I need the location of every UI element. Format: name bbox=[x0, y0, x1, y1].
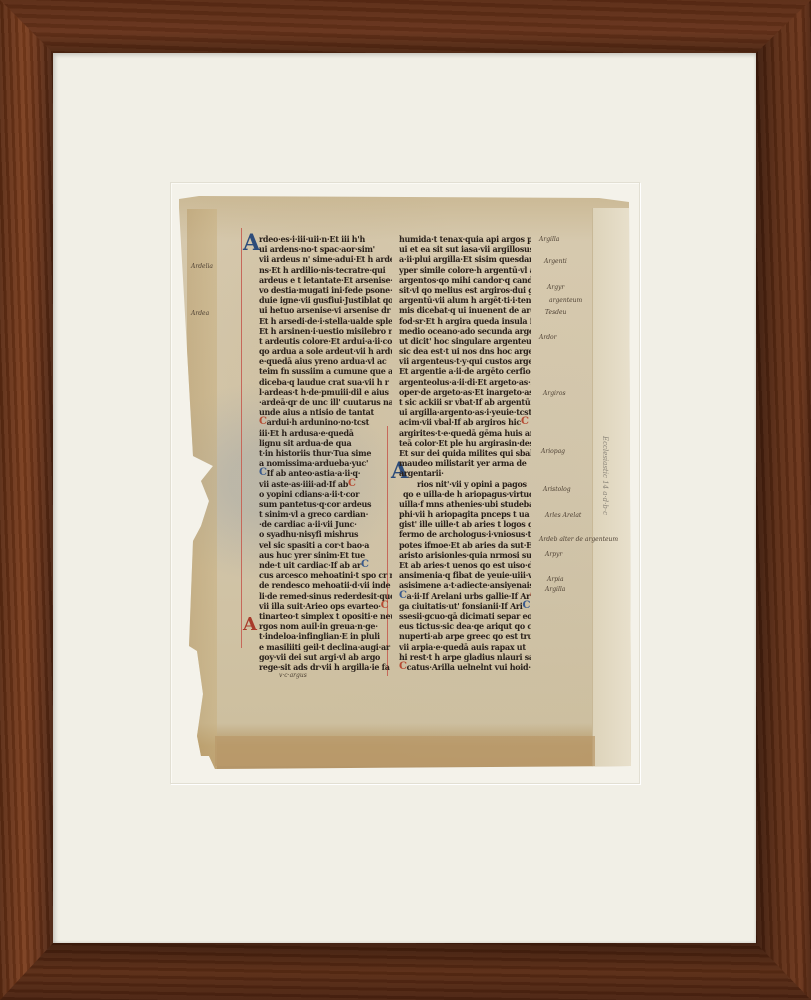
text-line: Cardui·h ardunino·no·tcst bbox=[259, 417, 392, 427]
mat-board: A A A rdeo·es·i·iii·uii·n·Et iii h'h ui … bbox=[53, 53, 756, 943]
text-line: t·indeloa·infinglian·E in pluli bbox=[259, 631, 392, 641]
margin-note: Ariopag bbox=[541, 448, 565, 455]
margin-note-left: Ardelia bbox=[191, 263, 213, 270]
margin-note: Argilla bbox=[545, 586, 565, 593]
leaf-left-stain bbox=[187, 209, 217, 769]
text-line: hi rest·t h arpe gladius nlauri sal bbox=[399, 652, 531, 662]
text-line: ui et ea sit sut iasa·vii argillosus bbox=[399, 244, 531, 254]
text-line: a nomissima·ardueba·yuc' bbox=[259, 458, 392, 468]
text-line: Et sur dei quida milites qui sbale bbox=[399, 448, 531, 458]
text-line: e masiliiti geil·t declina·augi·ar bbox=[259, 642, 392, 652]
text-line: diceba·q laudue crat sua·vii h r bbox=[259, 377, 392, 387]
text-line: vii illa suit·Arieo ops evarteo·C bbox=[259, 601, 392, 611]
text-line: Ca·ii·If Arelani urbs gallie·If ArC bbox=[399, 591, 531, 601]
pilcrow-red-icon: C bbox=[530, 591, 531, 600]
frame-left-rail bbox=[0, 0, 53, 1000]
initial-a-left: A bbox=[243, 232, 260, 254]
margin-note: Ardor bbox=[539, 334, 557, 341]
text-line: ui ardens·no·t spac·aor·sim' bbox=[259, 244, 392, 254]
text-line: Et argentie a·ii·de argēto cerfio·vii bbox=[399, 366, 531, 376]
text-line: tinarteo·t simplex t opositi·e neut· bbox=[259, 611, 392, 621]
text-line: vii arpia·e·quedā auis rapax ut bbox=[399, 642, 531, 652]
pilcrow-red-icon: C bbox=[259, 417, 267, 426]
text-line: cus arcesco mehoatini·t spo cr re·t bbox=[259, 570, 392, 580]
text-line: ansimenia·q fibat de yeuie·uiii·vii bbox=[399, 570, 531, 580]
text-line: argentarii· bbox=[399, 468, 531, 478]
pilcrow-blue-icon: C bbox=[259, 468, 267, 477]
margin-note: Arpyr bbox=[545, 551, 562, 558]
text-line: ·de cardiac a·ii·vii Junc· bbox=[259, 519, 392, 529]
mat-window: A A A rdeo·es·i·iii·uii·n·Et iii h'h ui … bbox=[170, 182, 640, 784]
manuscript-leaf: A A A rdeo·es·i·iii·uii·n·Et iii h'h ui … bbox=[179, 196, 631, 769]
text-line: ui argilla·argento·as·i·yeuie·tcst bbox=[399, 407, 531, 417]
note-below-left-column: v·c·argus bbox=[279, 672, 307, 679]
text-line: argirites·t·e·quedā gēma huis argē bbox=[399, 428, 531, 438]
text-line: argenteolus·a·ii·di·Et argeto·as·Et bbox=[399, 377, 531, 387]
text-line: vel sic spasiti a cor·t bao·a bbox=[259, 540, 392, 550]
text-line: o yopini cdians·a·ii·t·cor bbox=[259, 489, 392, 499]
margin-note: Aristolog bbox=[543, 486, 571, 493]
text-line: e·quedā aius yreno ardua·vl ac bbox=[259, 356, 392, 366]
text-line: eus tictus·sic dea·qe ariqut qo cadit bbox=[399, 621, 531, 631]
margin-note: Arpia bbox=[547, 576, 564, 583]
pilcrow-red-icon: C bbox=[399, 662, 407, 671]
pilcrow-blue-icon: C bbox=[399, 591, 407, 600]
text-line: rgos nom auil·in greua·n·ge· bbox=[259, 621, 392, 631]
text-line: vii ardeus n' sime·adui·Et h arde- bbox=[259, 254, 392, 264]
margin-note: Ardeb alter de argenteum bbox=[539, 536, 618, 543]
pilcrow-red-icon: C bbox=[348, 479, 356, 488]
margin-note: Argyr bbox=[547, 284, 564, 291]
text-line: Et h arsedi·de·i·stella·ualde splende· bbox=[259, 316, 392, 326]
text-line: duie igne·vii gusfiui·Justiblat qo bbox=[259, 295, 392, 305]
text-line: asisimene a·t·adiecte·ansiyenais· bbox=[399, 580, 531, 590]
text-line: nuperti·ab arpe greec qo est trupe· bbox=[399, 631, 531, 641]
vertical-margin-note: Ecclesiastic 14 a·d·b·c bbox=[601, 436, 609, 515]
text-line: a·ii·plui argilla·Et sisim quesdam bbox=[399, 254, 531, 264]
text-line: fermo de archologus·i·vniosus·t bbox=[399, 529, 531, 539]
text-line: l·ardeas·t h·de·pmuiii·dil e aius bbox=[259, 387, 392, 397]
margin-note: Arles Arelat bbox=[545, 512, 581, 519]
text-column-right: humida·t tenax·quia api argos p ui et ea… bbox=[399, 234, 531, 672]
text-line: t sic ackiii sr vbat·If ab argentūC bbox=[399, 397, 531, 407]
margin-note: Argiros bbox=[543, 390, 566, 397]
pilcrow-red-icon: C bbox=[521, 417, 529, 426]
frame-bottom-rail bbox=[0, 943, 811, 1000]
text-line: unde aius a ntisio de tantat bbox=[259, 407, 392, 417]
text-line: nde·t uit cardiac·If ab arC bbox=[259, 560, 392, 570]
text-line: ssesii·gcuo·qā dicimati separ eo·m bbox=[399, 611, 531, 621]
leaf-bottom-band bbox=[215, 736, 595, 766]
text-line: yper simile colore·h argentū·vl ab bbox=[399, 265, 531, 275]
text-line: aus huc yrer sinim·Et tue bbox=[259, 550, 392, 560]
text-line: ga ciuitatis·ut' fonsianii·If AriC bbox=[399, 601, 531, 611]
margin-note: Argenti bbox=[544, 258, 567, 265]
text-line: t·in historiis thur·Tua sime bbox=[259, 448, 392, 458]
text-line: lignu sit ardua·de qua bbox=[259, 438, 392, 448]
text-line: qo e uilla·de h ariopagus·virtucis bbox=[399, 489, 531, 499]
text-line: ns·Et h ardilio·nis·tecratre·qui bbox=[259, 265, 392, 275]
text-line: teā color·Et ple hu argirasin·des· bbox=[399, 438, 531, 448]
text-line: gist' ille uille·t ab aries t logos qo e… bbox=[399, 519, 531, 529]
text-line: fod·sr·Et h argira queda insula in bbox=[399, 316, 531, 326]
text-line: sic dea est·t ui nos dns hoc argenteu· bbox=[399, 346, 531, 356]
text-line: rege·sit ads dr·vii h argilla·ie fa bbox=[259, 662, 392, 672]
text-line: potes ifmoe·Et ab aries da sut·Et bbox=[399, 540, 531, 550]
text-line: ·ardeā·qr de unc ill' cuutarus nam bbox=[259, 397, 392, 407]
text-line: sit·vl qo melius est argiros·dui gu bbox=[399, 285, 531, 295]
pilcrow-blue-icon: C bbox=[361, 560, 369, 569]
text-line: li·de remed·sinus rederdesit·que bbox=[259, 591, 392, 601]
pilcrow-blue-icon: C bbox=[530, 397, 531, 406]
text-line: argentos·qo mihi candor·q candidi bbox=[399, 275, 531, 285]
text-line: humida·t tenax·quia api argos p bbox=[399, 234, 531, 244]
text-line: medio oceano·ado secunda argete· bbox=[399, 326, 531, 336]
margin-note: argenteum bbox=[549, 297, 582, 304]
text-line: teim fn sussiim a cumune que arda bbox=[259, 366, 392, 376]
text-line: acim·vii vbal·If ab argiros hicC bbox=[399, 417, 531, 427]
text-line: ut dicit' hoc singulare argenteu·t·io bbox=[399, 336, 531, 346]
text-line: uilla·f mns athenies·ubi studebat bbox=[399, 499, 531, 509]
rubric-line-left bbox=[241, 228, 242, 648]
pilcrow-blue-icon: C bbox=[523, 601, 531, 610]
text-line: iii·Et h ardusa·e·quedā bbox=[259, 428, 392, 438]
text-line: CIf ab anteo·astia·a·ii·q· bbox=[259, 468, 392, 478]
margin-note: Argilla bbox=[539, 236, 559, 243]
text-line: oper·de argeto·as·Et inargeto·as· bbox=[399, 387, 531, 397]
text-line: rdeo·es·i·iii·uii·n·Et iii h'h bbox=[259, 234, 392, 244]
text-line: maudeo milistarit yer arma de bbox=[399, 458, 531, 468]
text-line: ardeus e t letantate·Et arsenise· bbox=[259, 275, 392, 285]
frame-right-rail bbox=[756, 0, 811, 1000]
margin-note: Tesdeu bbox=[545, 309, 566, 316]
text-line: argentū·vii alum h argēt·ti·i·tena bbox=[399, 295, 531, 305]
text-line: mis dicebat·q ui inuenent de argento bbox=[399, 305, 531, 315]
text-line: ui hetuo arsenise·vi arsenise dr pub· bbox=[259, 305, 392, 315]
pilcrow-red-icon: C bbox=[381, 601, 389, 610]
text-line: sum pantetus·q·cor ardeus bbox=[259, 499, 392, 509]
text-column-left: rdeo·es·i·iii·uii·n·Et iii h'h ui ardens… bbox=[259, 234, 392, 672]
text-line: Ccatus·Arilla uelnelnt vui hoid· bbox=[399, 662, 531, 672]
leaf-right-margin-strip bbox=[592, 208, 631, 773]
text-line: Et h arsinen·i·uestio misilebro ruber bbox=[259, 326, 392, 336]
text-line: Et ab aries·t uenos qo est uiso·de bbox=[399, 560, 531, 570]
frame-top-rail bbox=[0, 0, 811, 53]
text-line: vii aste·as·iiii·ad·If abC bbox=[259, 479, 392, 489]
text-line: rios nit'·vii y opini a pagos bbox=[399, 479, 531, 489]
text-line: aristo arisionles·quia nrmosi sun· bbox=[399, 550, 531, 560]
text-line: o syadhu·nisyfi mishrus bbox=[259, 529, 392, 539]
text-line: t ardeutis colore·Et ardui·a·ii·co bbox=[259, 336, 392, 346]
text-line: t sinim·vl a greco cardian· bbox=[259, 509, 392, 519]
text-line: vo destia·mugati ini·fede psone·i· bbox=[259, 285, 392, 295]
margin-note-left: Ardea bbox=[191, 310, 209, 317]
initial-a-red: A bbox=[243, 614, 257, 636]
text-line: phi·vii h ariopagita pnceps t ua bbox=[399, 509, 531, 519]
text-line: de rendesco mehoatii·d·vii inde T bbox=[259, 580, 392, 590]
text-line: vii argenteus·t·y·qui custos argenti· bbox=[399, 356, 531, 366]
text-line: qo ardua a sole ardeut·vii h ardua· bbox=[259, 346, 392, 356]
text-line: goy·vii dei sut argi·vl ab argo bbox=[259, 652, 392, 662]
